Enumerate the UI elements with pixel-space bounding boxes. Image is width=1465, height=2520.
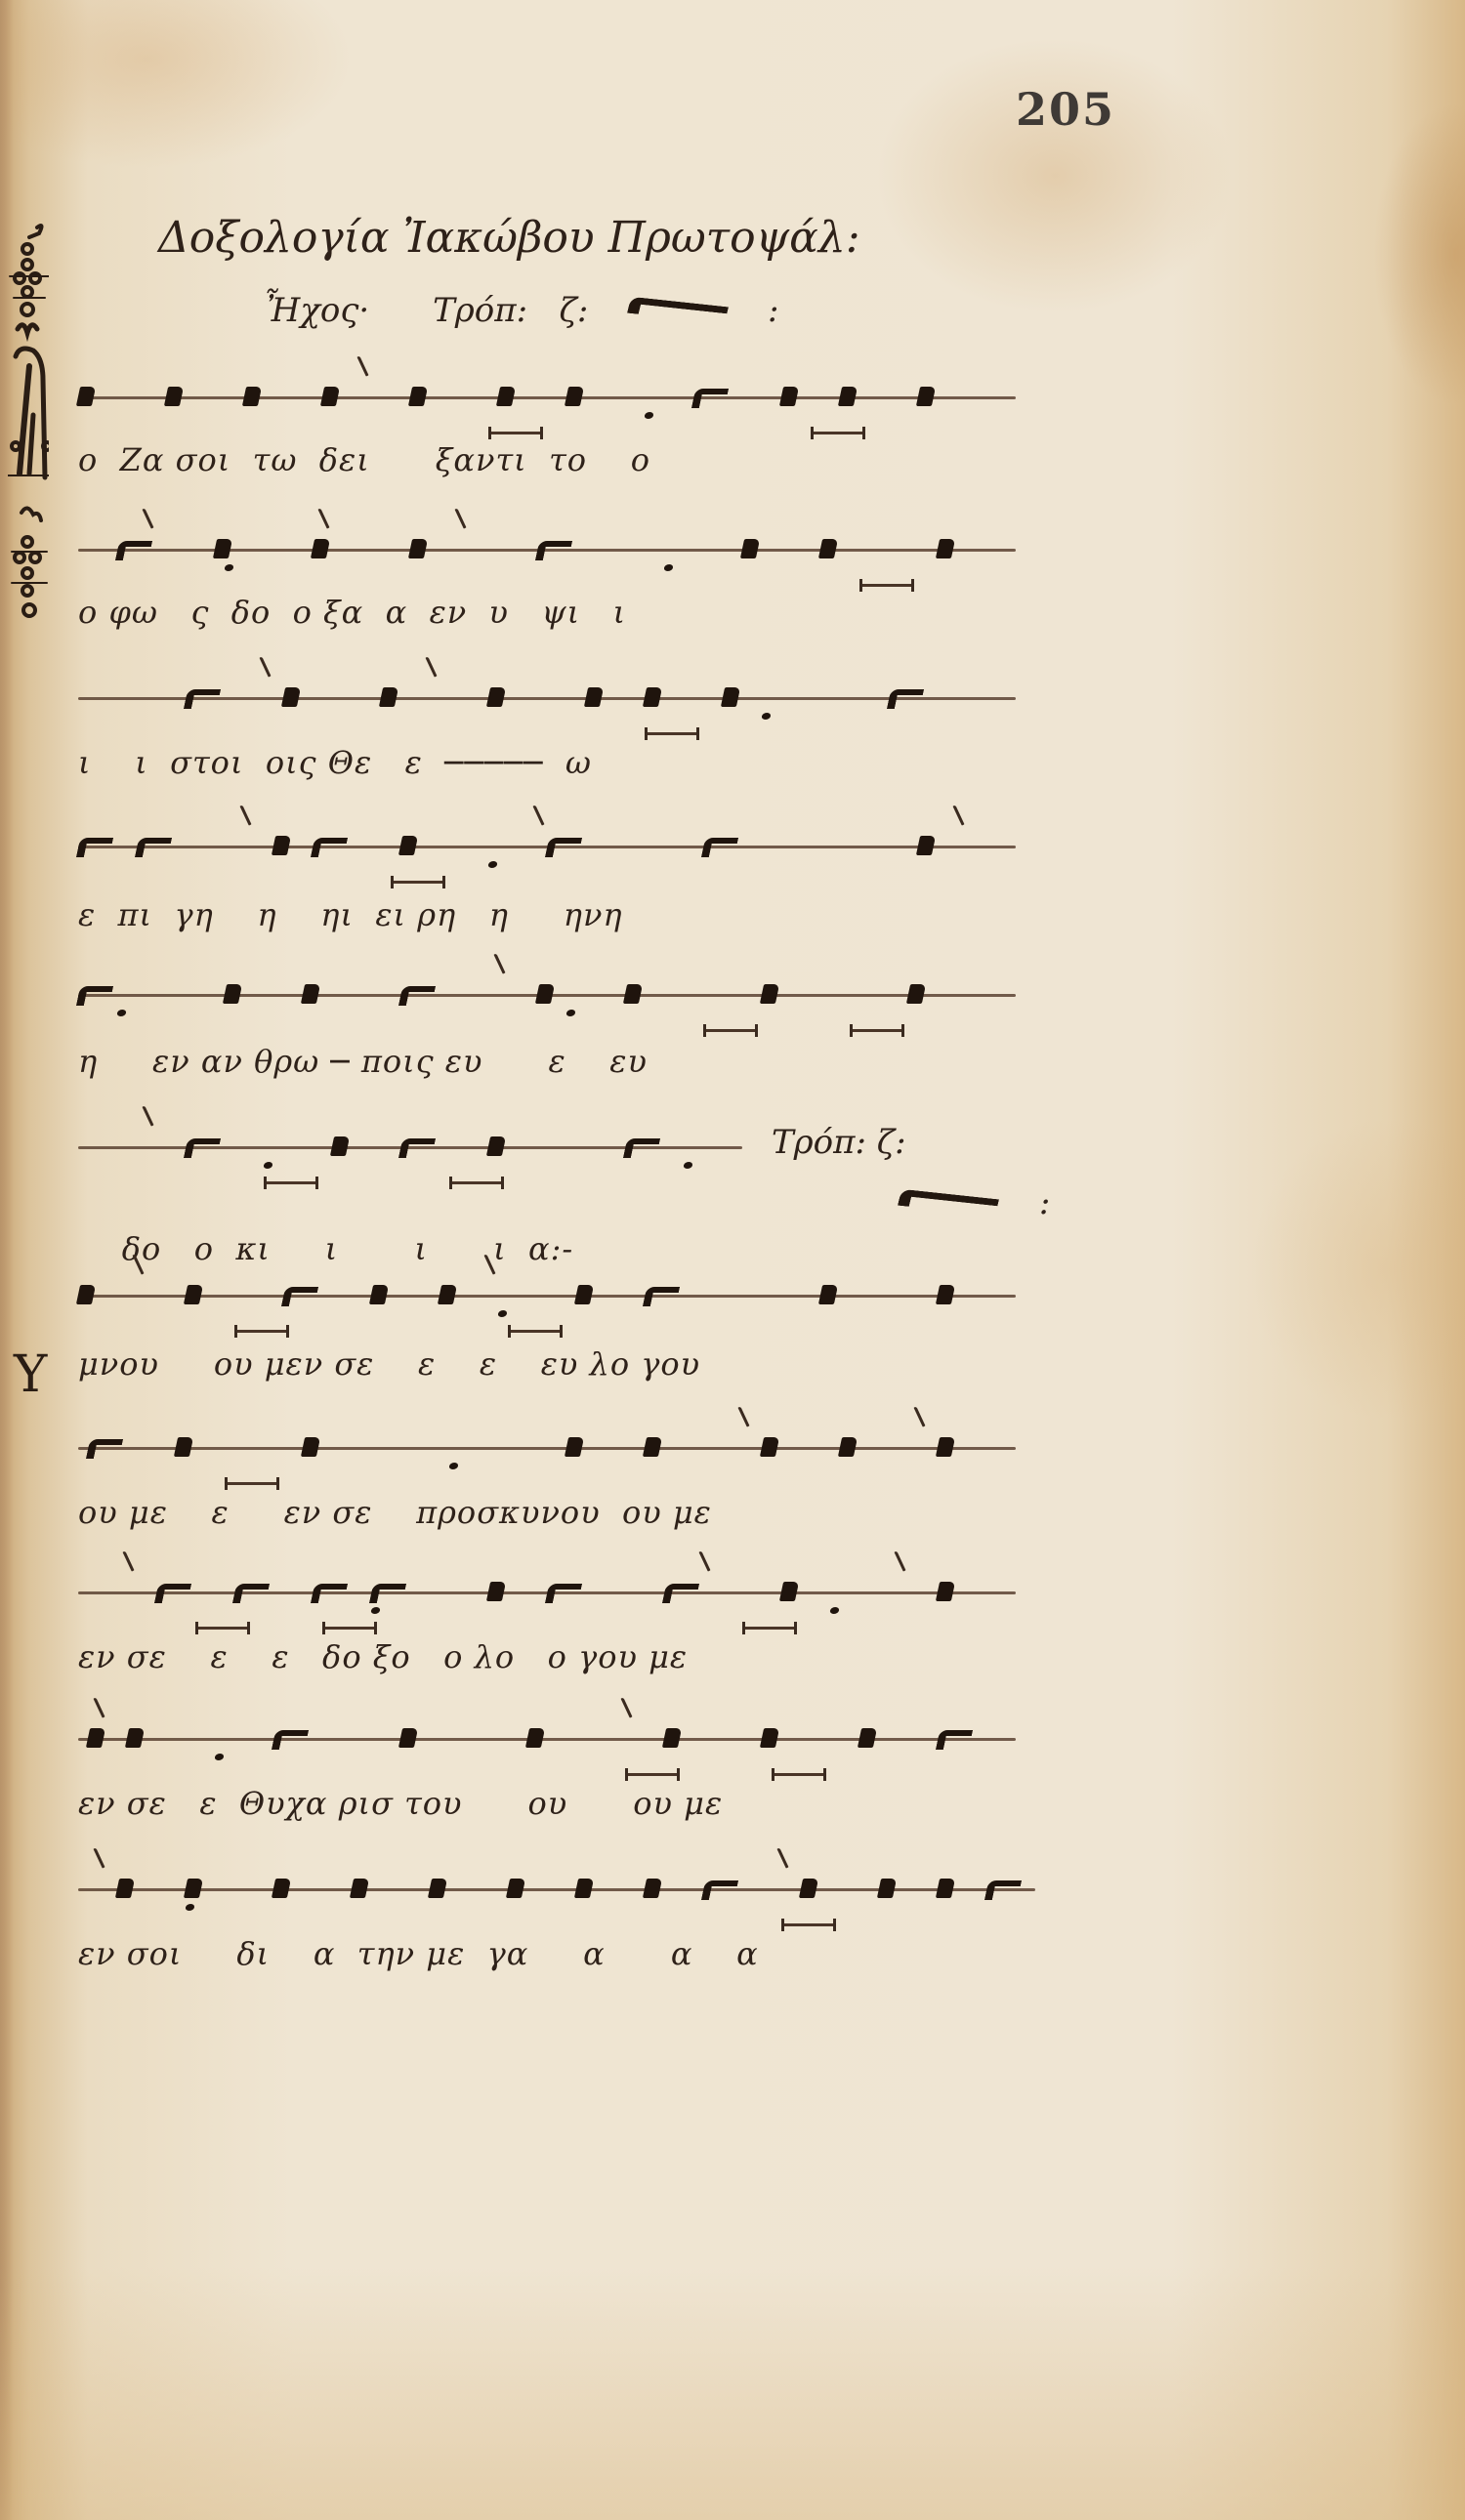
oligon-icon (858, 1728, 877, 1748)
neume-row (78, 664, 1016, 732)
oligon-icon (818, 1285, 838, 1304)
oligon-icon (184, 1879, 203, 1898)
gorgon-tie-icon (811, 432, 865, 434)
oligon-icon (574, 1285, 594, 1304)
neume-baseline (78, 1447, 1016, 1450)
oligon-icon (799, 1879, 818, 1898)
oligon-icon (408, 387, 428, 406)
oligon-icon (281, 687, 301, 707)
petasti-icon (76, 986, 113, 1006)
oligon-icon (301, 1437, 320, 1457)
oligon-icon (350, 1879, 369, 1898)
decorative-martyria-ornament-icon (8, 220, 49, 649)
inline-martyria: : (869, 1183, 1051, 1222)
petasti-icon (184, 1138, 221, 1158)
petasti-icon (184, 689, 221, 709)
petasti-icon (701, 838, 738, 857)
oligon-icon (936, 1879, 955, 1898)
petasti-icon (311, 838, 348, 857)
neume-row (78, 516, 1016, 584)
gorgon-tie-icon (781, 1923, 836, 1926)
klasma-dot-icon (497, 1310, 507, 1317)
petasti-icon (535, 541, 572, 560)
petasti-icon (545, 838, 582, 857)
oligon-icon (838, 387, 858, 406)
oligon-icon (643, 1879, 662, 1898)
klasma-dot-icon (448, 1463, 458, 1469)
oligon-icon (486, 687, 506, 707)
petasti-icon (281, 1287, 318, 1306)
oligon-icon (496, 387, 516, 406)
neume-row (78, 812, 1016, 881)
lyric-line: ου με ε εν σε προσκυνου ου με (78, 1494, 1016, 1549)
oligon-icon (301, 984, 320, 1004)
oligon-icon (164, 387, 184, 406)
gorgon-tie-icon (625, 1773, 680, 1776)
oligon-icon (916, 387, 936, 406)
oligon-icon (662, 1728, 682, 1748)
oligon-icon (916, 836, 936, 855)
petasti-icon (76, 838, 113, 857)
oligon-icon (779, 387, 799, 406)
oligon-icon (379, 687, 398, 707)
oligon-icon (760, 1437, 779, 1457)
klasma-dot-icon (116, 1010, 126, 1016)
klasma-dot-icon (214, 1754, 224, 1760)
petasti-icon (398, 986, 436, 1006)
lyric-line: εν σε ε ε δο ξο ο λο ο γου με (78, 1638, 1016, 1693)
petasti-icon (398, 1138, 436, 1158)
klasma-dot-icon (185, 1904, 194, 1911)
neume-baseline (78, 1295, 1016, 1298)
oligon-icon (779, 1582, 799, 1601)
oligon-icon (174, 1437, 193, 1457)
kentima-icon (142, 1105, 153, 1126)
lyric-line: ο φω ς δο ο ξα α εν υ ψι ι (78, 594, 1016, 648)
oligon-icon (877, 1879, 897, 1898)
oligon-icon (721, 687, 740, 707)
kentima-icon (356, 355, 368, 376)
oligon-icon (936, 1285, 955, 1304)
oligon-icon (936, 1437, 955, 1457)
kentima-icon (620, 1697, 632, 1717)
neume-baseline (78, 396, 1016, 399)
oligon-icon (408, 539, 428, 558)
oligon-icon (535, 984, 555, 1004)
gorgon-tie-icon (772, 1773, 826, 1776)
kentima-icon (454, 508, 466, 528)
lyric-line: η εν αν θρω ─ ποις ευ ε ευ (78, 1043, 1016, 1097)
lyric-line: μνου ου μεν σε ε ε ευ λο γου (78, 1345, 1016, 1400)
gorgon-tie-icon (859, 584, 914, 587)
oligon-icon (584, 687, 604, 707)
oligon-icon (740, 539, 760, 558)
petasti-icon (272, 1730, 309, 1750)
oligon-icon (311, 539, 330, 558)
oligon-icon (760, 1728, 779, 1748)
petasti-icon (936, 1730, 973, 1750)
oligon-icon (184, 1285, 203, 1304)
gorgon-tie-icon (850, 1029, 904, 1032)
kentima-icon (698, 1550, 710, 1571)
petasti-icon (311, 1584, 348, 1603)
klasma-dot-icon (565, 1010, 575, 1016)
neume-row (78, 1558, 1016, 1627)
piece-title: Δοξολογία Ἰακώβου Πρωτοψάλ: (158, 213, 860, 263)
kentima-icon (532, 805, 544, 825)
oligon-icon (398, 836, 418, 855)
oligon-icon (565, 387, 584, 406)
inline-martyria-end: : (1039, 1183, 1051, 1222)
lyric-line: δο ο κι ι ι ι α:- : (78, 1193, 1016, 1248)
petasti-icon (984, 1880, 1022, 1900)
martyria-sign-icon (627, 296, 729, 323)
gorgon-tie-icon (391, 881, 445, 884)
oligon-icon (838, 1437, 858, 1457)
oligon-icon (272, 1879, 291, 1898)
oligon-icon (818, 539, 838, 558)
oligon-icon (223, 984, 242, 1004)
mode-heading: Ἦχος· Τρόπ: ζ: : (264, 291, 778, 330)
klasma-dot-icon (263, 1162, 272, 1169)
kentima-icon (776, 1847, 788, 1868)
neume-row (78, 1113, 742, 1181)
oligon-icon (574, 1879, 594, 1898)
oligon-icon (506, 1879, 525, 1898)
gorgon-tie-icon (449, 1181, 504, 1184)
oligon-icon (525, 1728, 545, 1748)
tropos-value: ζ: (559, 291, 588, 330)
petasti-icon (135, 838, 172, 857)
lyric-line: εν σοι δι α την με γα α α α (78, 1935, 1016, 1990)
gorgon-tie-icon (488, 432, 543, 434)
kentima-icon (122, 1550, 134, 1571)
klasma-dot-icon (663, 564, 673, 571)
klasma-dot-icon (487, 861, 497, 868)
gorgon-tie-icon (322, 1627, 377, 1630)
gorgon-tie-icon (225, 1482, 279, 1485)
lyric-line: ο Ζα σοι τω δει ξαντι το ο (78, 441, 1016, 496)
klasma-dot-icon (644, 412, 653, 419)
manuscript-page: 205 Δοξολογία Ἰακώβου Πρωτοψάλ: Ἦχος· Τρ… (0, 0, 1465, 2520)
petasti-icon (691, 389, 729, 408)
kentima-icon (93, 1697, 105, 1717)
oligon-icon (438, 1285, 457, 1304)
echos-label: Ἦχος· (264, 291, 369, 330)
martyria-sign-icon (898, 1188, 999, 1216)
oligon-icon (643, 687, 662, 707)
petasti-icon (887, 689, 924, 709)
oligon-icon (760, 984, 779, 1004)
oligon-icon (76, 387, 96, 406)
gorgon-tie-icon (264, 1181, 318, 1184)
klasma-dot-icon (370, 1607, 380, 1614)
oligon-icon (330, 1136, 350, 1156)
kentima-icon (952, 805, 964, 825)
oligon-icon (486, 1582, 506, 1601)
oligon-icon (936, 1582, 955, 1601)
neume-row (78, 1261, 1016, 1330)
kentima-icon (93, 1847, 105, 1868)
gorgon-tie-icon (742, 1627, 797, 1630)
klasma-dot-icon (761, 713, 771, 720)
oligon-icon (115, 1879, 135, 1898)
oligon-icon (428, 1879, 447, 1898)
kentima-icon (913, 1406, 925, 1426)
gorgon-tie-icon (508, 1330, 563, 1333)
petasti-icon (662, 1584, 699, 1603)
petasti-icon (86, 1439, 123, 1459)
oligon-icon (320, 387, 340, 406)
kentima-icon (259, 656, 271, 677)
kentima-icon (239, 805, 251, 825)
petasti-icon (623, 1138, 660, 1158)
inline-mode-signature: Τρόπ: ζ: (772, 1123, 906, 1162)
neume-row (78, 1855, 1035, 1923)
oligon-icon (906, 984, 926, 1004)
neume-baseline (78, 1738, 1016, 1741)
lyric-line: εν σε ε Θυχα ρισ του ου ου με (78, 1785, 1016, 1839)
oligon-icon (125, 1728, 145, 1748)
klasma-dot-icon (224, 564, 233, 571)
oligon-icon (242, 387, 262, 406)
oligon-icon (213, 539, 232, 558)
oligon-icon (398, 1728, 418, 1748)
gorgon-tie-icon (195, 1627, 250, 1630)
kentima-icon (894, 1550, 905, 1571)
petasti-icon (232, 1584, 270, 1603)
martyria-end: : (768, 291, 778, 330)
oligon-icon (272, 836, 291, 855)
oligon-icon (623, 984, 643, 1004)
klasma-dot-icon (683, 1162, 692, 1169)
neume-row (78, 1414, 1016, 1482)
oligon-icon (76, 1285, 96, 1304)
petasti-icon (115, 541, 152, 560)
oligon-icon (86, 1728, 105, 1748)
kentima-icon (493, 953, 505, 973)
petasti-icon (369, 1584, 406, 1603)
petasti-icon (701, 1880, 738, 1900)
oligon-icon (936, 539, 955, 558)
kentima-icon (142, 508, 153, 528)
folio-number: 205 (1016, 83, 1115, 136)
gorgon-tie-icon (703, 1029, 758, 1032)
lyric-line: ε πι γη η ηι ει ρη η ηνη (78, 896, 1016, 951)
neume-row (78, 961, 1016, 1029)
drop-initial-letter: Υ (14, 1345, 47, 1404)
gorgon-tie-icon (645, 732, 699, 735)
gorgon-tie-icon (234, 1330, 289, 1333)
lyric-line: ι ι στοι οις Θε ε ───── ω (78, 744, 1016, 799)
oligon-icon (565, 1437, 584, 1457)
oligon-icon (643, 1437, 662, 1457)
neume-row (78, 363, 1016, 432)
petasti-icon (643, 1287, 680, 1306)
petasti-icon (545, 1584, 582, 1603)
neume-row (78, 1705, 1016, 1773)
inline-tropos-label: Τρόπ: ζ: (772, 1123, 906, 1162)
kentima-icon (317, 508, 329, 528)
kentima-icon (425, 656, 437, 677)
tropos-label: Τρόπ: (433, 291, 527, 330)
kentima-icon (737, 1406, 749, 1426)
petasti-icon (154, 1584, 191, 1603)
oligon-icon (486, 1136, 506, 1156)
oligon-icon (369, 1285, 389, 1304)
klasma-dot-icon (829, 1607, 839, 1614)
